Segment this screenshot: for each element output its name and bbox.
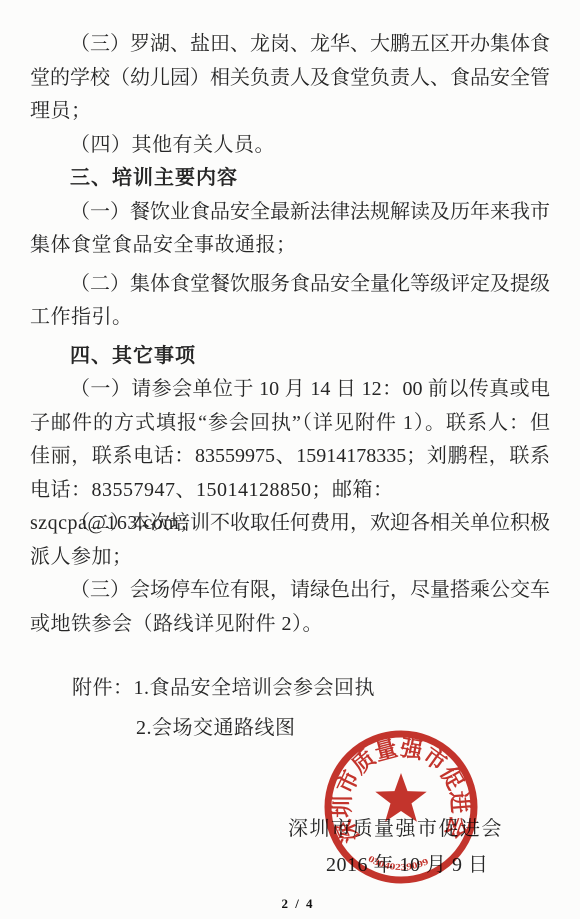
body-text-line: （三）罗湖、盐田、龙岗、龙华、大鹏五区开办集体食 (30, 28, 550, 62)
body-text-line: 集体食堂食品安全事故通报； (30, 229, 550, 263)
attachment-line-1: 附件：1.食品安全培训会参会回执 (30, 668, 550, 708)
document-body: （三）罗湖、盐田、龙岗、龙华、大鹏五区开办集体食堂的学校（幼儿园）相关负责人及食… (30, 28, 550, 641)
body-text-line: 工作指引。 (30, 301, 550, 335)
official-red-seal: 深圳市质量强市促进会 03040239099 (317, 723, 485, 891)
section-heading-line: 四、其它事项 (30, 340, 550, 374)
page-number: 2 / 4 (8, 896, 580, 912)
body-text-line: 理员； (30, 95, 550, 129)
scanned-document-page: （三）罗湖、盐田、龙岗、龙华、大鹏五区开办集体食堂的学校（幼儿园）相关负责人及食… (0, 0, 580, 919)
body-text-line: （三）会场停车位有限，请绿色出行，尽量搭乘公交车 (30, 574, 550, 608)
body-text-line: （一）餐饮业食品安全最新法律法规解读及历年来我市 (30, 196, 550, 230)
body-text-line: （二）本次培训不收取任何费用，欢迎各相关单位积极 (30, 507, 550, 541)
body-text-line: 电话：83557947、15014128850；邮箱：szqcpa@163.co… (30, 474, 550, 508)
section-heading-line: 三、培训主要内容 (30, 162, 550, 196)
seal-star-icon (375, 773, 426, 822)
body-text-line: 或地铁参会（路线详见附件 2）。 (30, 608, 550, 642)
body-text-line: 堂的学校（幼儿园）相关负责人及食堂负责人、食品安全管 (30, 62, 550, 96)
body-text-line: （一）请参会单位于 10 月 14 日 12：00 前以传真或电 (30, 373, 550, 407)
seal-serial-number: 03040239099 (367, 853, 431, 872)
body-text-line: 佳丽，联系电话：83559975、15914178335；刘鹏程，联系 (30, 440, 550, 474)
body-text-line: （四）其他有关人员。 (30, 129, 550, 163)
svg-text:03040239099: 03040239099 (367, 853, 431, 872)
body-text-line: （二）集体食堂餐饮服务食品安全量化等级评定及提级 (30, 268, 550, 302)
body-text-line: 派人参加； (30, 541, 550, 575)
body-text-line: 子邮件的方式填报“参会回执”（详见附件 1）。联系人：但 (30, 407, 550, 441)
